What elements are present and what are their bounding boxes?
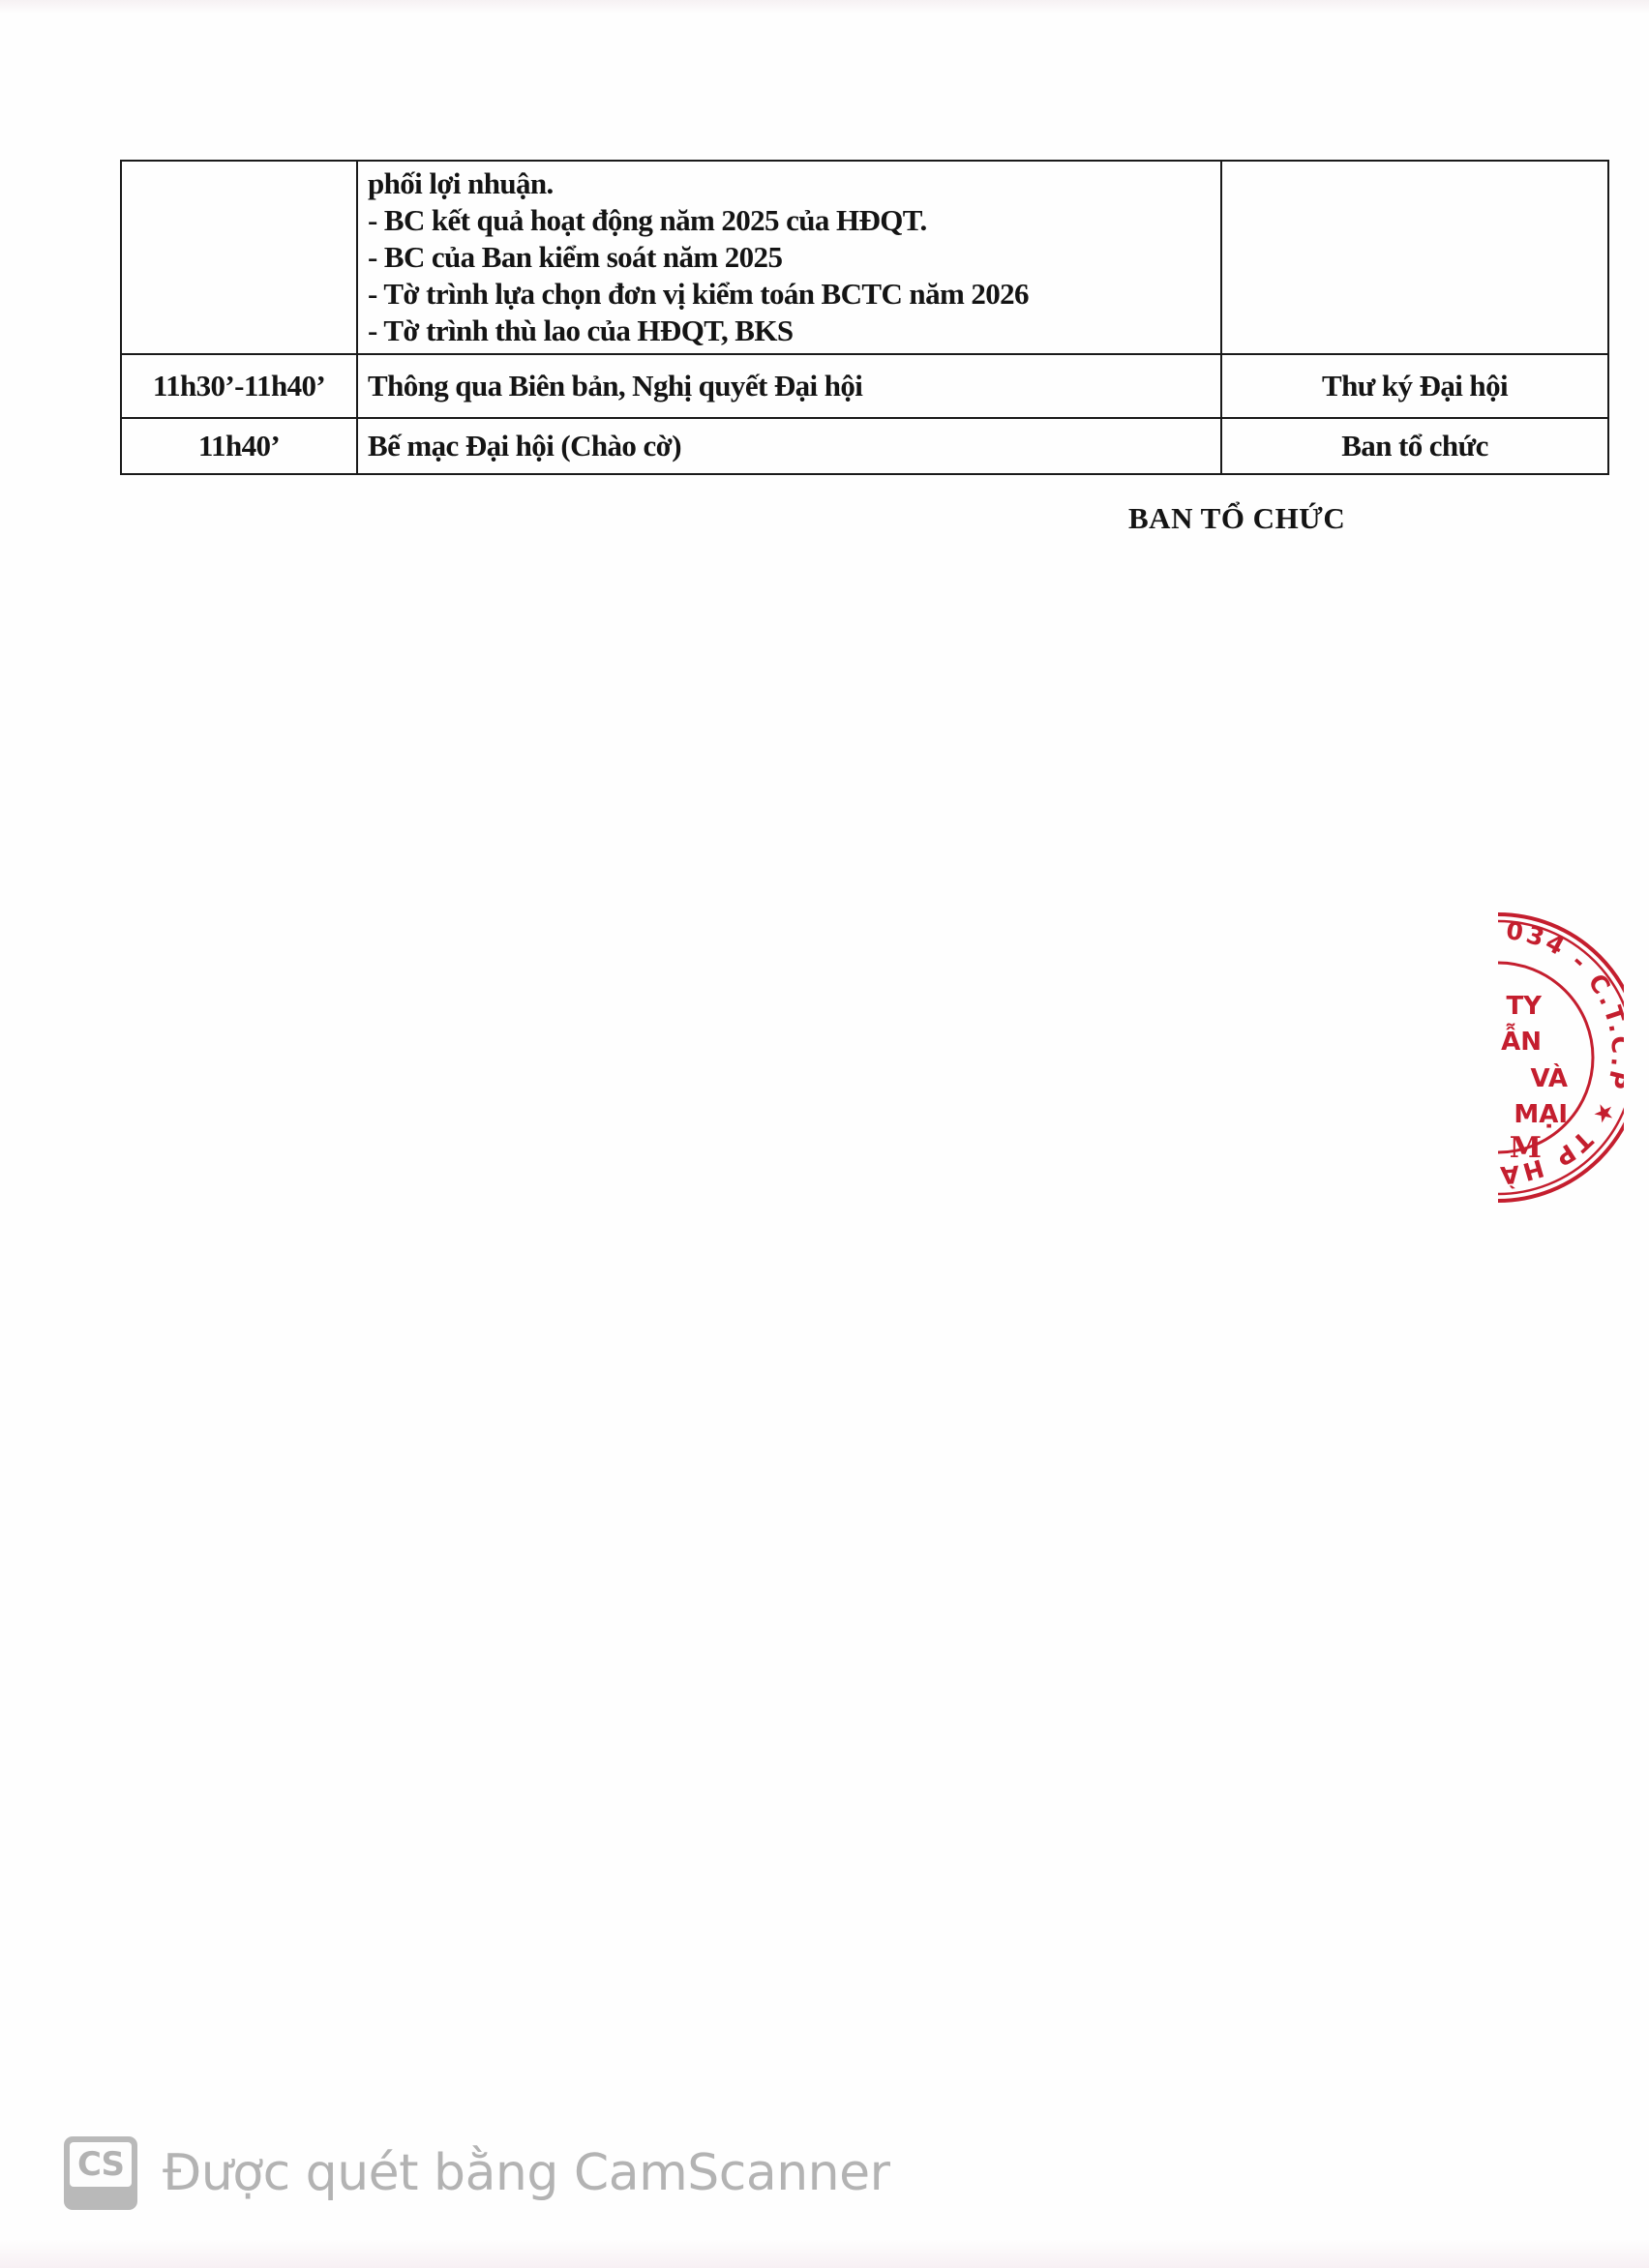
camscanner-logo-text: CS	[70, 2142, 132, 2187]
camscanner-logo-icon: CS	[64, 2136, 137, 2210]
content-line: Thông qua Biên bản, Nghị quyết Đại hội	[368, 368, 1211, 404]
content-line: - BC kết quả hoạt động năm 2025 của HĐQT…	[368, 202, 1211, 239]
content-line: Bế mạc Đại hội (Chào cờ)	[368, 428, 1211, 464]
svg-text:MẠI: MẠI	[1514, 1100, 1568, 1129]
content-line: - BC của Ban kiểm soát năm 2025	[368, 239, 1211, 276]
watermark-text: Được quét bằng CamScanner	[163, 2144, 890, 2202]
scan-edge-bottom	[0, 2239, 1649, 2268]
signoff-title: BAN TỔ CHỨC	[1128, 501, 1345, 536]
agenda-table: phối lợi nhuận. - BC kết quả hoạt động n…	[120, 160, 1609, 475]
company-seal-stamp: 034 - C.T.C.P ★ TP HÀ NỘI TY ẪN VÀ MẠI M	[1498, 910, 1624, 1206]
content-cell: Bế mạc Đại hội (Chào cờ)	[357, 418, 1221, 474]
svg-text:M: M	[1510, 1131, 1542, 1165]
owner-cell: Thư ký Đại hội	[1221, 354, 1608, 418]
svg-text:TY: TY	[1506, 992, 1543, 1021]
seal-icon: 034 - C.T.C.P ★ TP HÀ NỘI TY ẪN VÀ MẠI M	[1498, 910, 1624, 1206]
table-row: 11h30’-11h40’ Thông qua Biên bản, Nghị q…	[121, 354, 1608, 418]
content-line: - Tờ trình lựa chọn đơn vị kiểm toán BCT…	[368, 276, 1211, 313]
content-cell: phối lợi nhuận. - BC kết quả hoạt động n…	[357, 161, 1221, 354]
time-cell: 11h30’-11h40’	[121, 354, 357, 418]
content-cell: Thông qua Biên bản, Nghị quyết Đại hội	[357, 354, 1221, 418]
time-cell	[121, 161, 357, 354]
scan-edge-top	[0, 0, 1649, 14]
content-line: - Tờ trình thù lao của HĐQT, BKS	[368, 313, 1211, 349]
content-line: phối lợi nhuận.	[368, 165, 1211, 202]
svg-text:ẪN: ẪN	[1501, 1022, 1542, 1057]
time-cell: 11h40’	[121, 418, 357, 474]
owner-cell: Ban tổ chức	[1221, 418, 1608, 474]
owner-cell	[1221, 161, 1608, 354]
camscanner-watermark: CS Được quét bằng CamScanner	[64, 2136, 890, 2210]
svg-text:VÀ: VÀ	[1531, 1062, 1568, 1093]
table-row: 11h40’ Bế mạc Đại hội (Chào cờ) Ban tổ c…	[121, 418, 1608, 474]
table-row: phối lợi nhuận. - BC kết quả hoạt động n…	[121, 161, 1608, 354]
